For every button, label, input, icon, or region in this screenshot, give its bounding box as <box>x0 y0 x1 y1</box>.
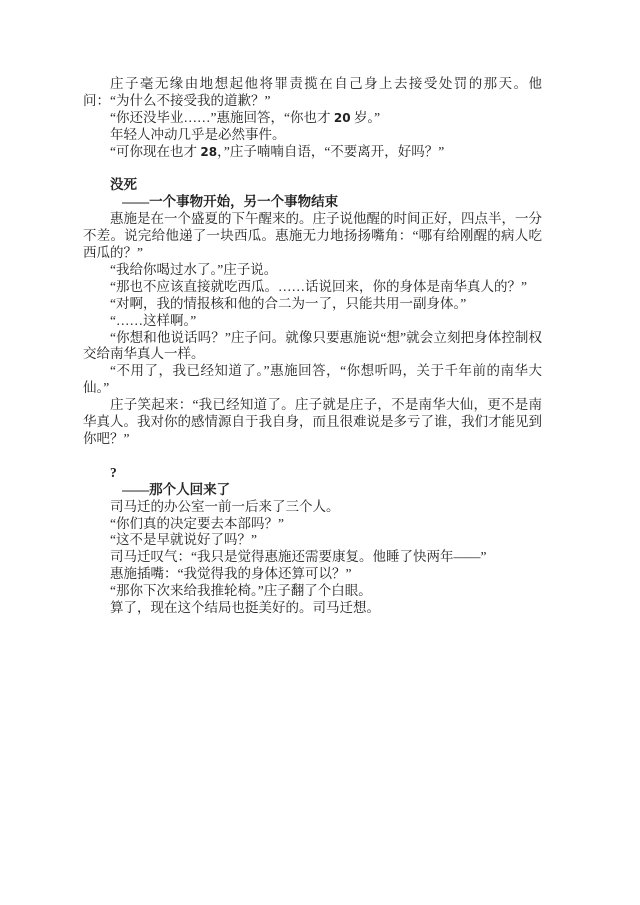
section-subheading: ——一个事物开始，另一个事物结束 <box>83 194 542 211</box>
paragraph: 司马迁叹气：“我只是觉得惠施还需要康复。他睡了快两年——” <box>83 549 542 566</box>
latin-number: 28 <box>200 145 217 159</box>
paragraph: “对啊，我的情报核和他的合二为一了，只能共用一副身体。” <box>83 296 542 313</box>
section-heading: 没死 <box>83 177 542 194</box>
paragraph: 庄子毫无缘由地想起他将罪责揽在自己身上去接受处罚的那天。他问：“为什么不接受我的… <box>83 76 542 110</box>
paragraph: 司马迁的办公室一前一后来了三个人。 <box>83 499 542 516</box>
paragraph: 年轻人冲动几乎是必然事件。 <box>83 127 542 144</box>
paragraph: “我给你喝过水了。”庄子说。 <box>83 262 542 279</box>
blank-line <box>83 448 542 465</box>
paragraph: 惠施插嘴：“我觉得我的身体还算可以？” <box>83 566 542 583</box>
section-subheading: ——那个人回来了 <box>83 482 542 499</box>
text-column: 庄子毫无缘由地想起他将罪责揽在自己身上去接受处罚的那天。他问：“为什么不接受我的… <box>83 76 542 617</box>
paragraph: 惠施是在一个盛夏的下午醒来的。庄子说他醒的时间正好，四点半，一分不差。说完给他递… <box>83 211 542 262</box>
paragraph: “你们真的决定要去本部吗？” <box>83 516 542 533</box>
paragraph: “那也不应该直接就吃西瓜。……话说回来，你的身体是南华真人的？” <box>83 279 542 296</box>
paragraph: “那你下次来给我推轮椅。”庄子翻了个白眼。 <box>83 583 542 600</box>
latin-number: 20 <box>334 111 351 125</box>
paragraph: “这不是早就说好了吗？” <box>83 532 542 549</box>
paragraph: “你还没毕业……”惠施回答，“你也才 20 岁。” <box>83 110 542 127</box>
paragraph: “可你现在也才 28，”庄子喃喃自语，“不要离开，好吗？” <box>83 144 542 161</box>
document-viewport: { "page": { "background_color": "#ffffff… <box>0 0 640 905</box>
blank-line <box>83 161 542 178</box>
paragraph: “你想和他说话吗？”庄子问。就像只要惠施说“想”就会立刻把身体控制权交给南华真人… <box>83 330 542 364</box>
document-page: 庄子毫无缘由地想起他将罪责揽在自己身上去接受处罚的那天。他问：“为什么不接受我的… <box>0 0 640 905</box>
section-heading: ? <box>83 465 542 482</box>
paragraph: 算了，现在这个结局也挺美好的。司马迁想。 <box>83 600 542 617</box>
paragraph: “……这样啊。” <box>83 313 542 330</box>
paragraph: “不用了，我已经知道了。”惠施回答，“你想听吗，关于千年前的南华大仙。” <box>83 363 542 397</box>
paragraph: 庄子笑起来：“我已经知道了。庄子就是庄子，不是南华大仙，更不是南华真人。我对你的… <box>83 397 542 448</box>
